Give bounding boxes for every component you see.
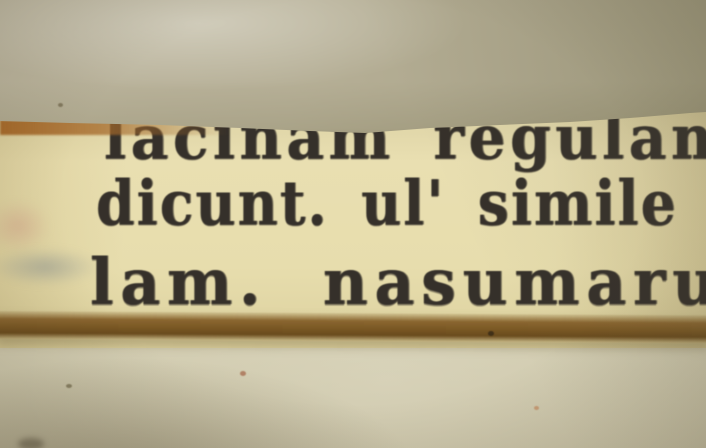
browned-strip-edge — [0, 311, 706, 343]
red-pigment-smudge — [0, 200, 50, 252]
text-line-3: lam. nasumarum — [90, 244, 706, 320]
manuscript-photo: lacinam regulamur dicunt. ul' simile nos… — [0, 0, 706, 448]
speck — [534, 406, 539, 410]
overlapping-upper-leaf — [0, 0, 706, 140]
text-line-2: dicunt. ul' simile nos — [96, 166, 706, 239]
speck — [240, 371, 246, 376]
speck — [66, 384, 72, 388]
speck — [18, 438, 44, 448]
speck — [58, 103, 63, 107]
speck — [488, 331, 494, 336]
